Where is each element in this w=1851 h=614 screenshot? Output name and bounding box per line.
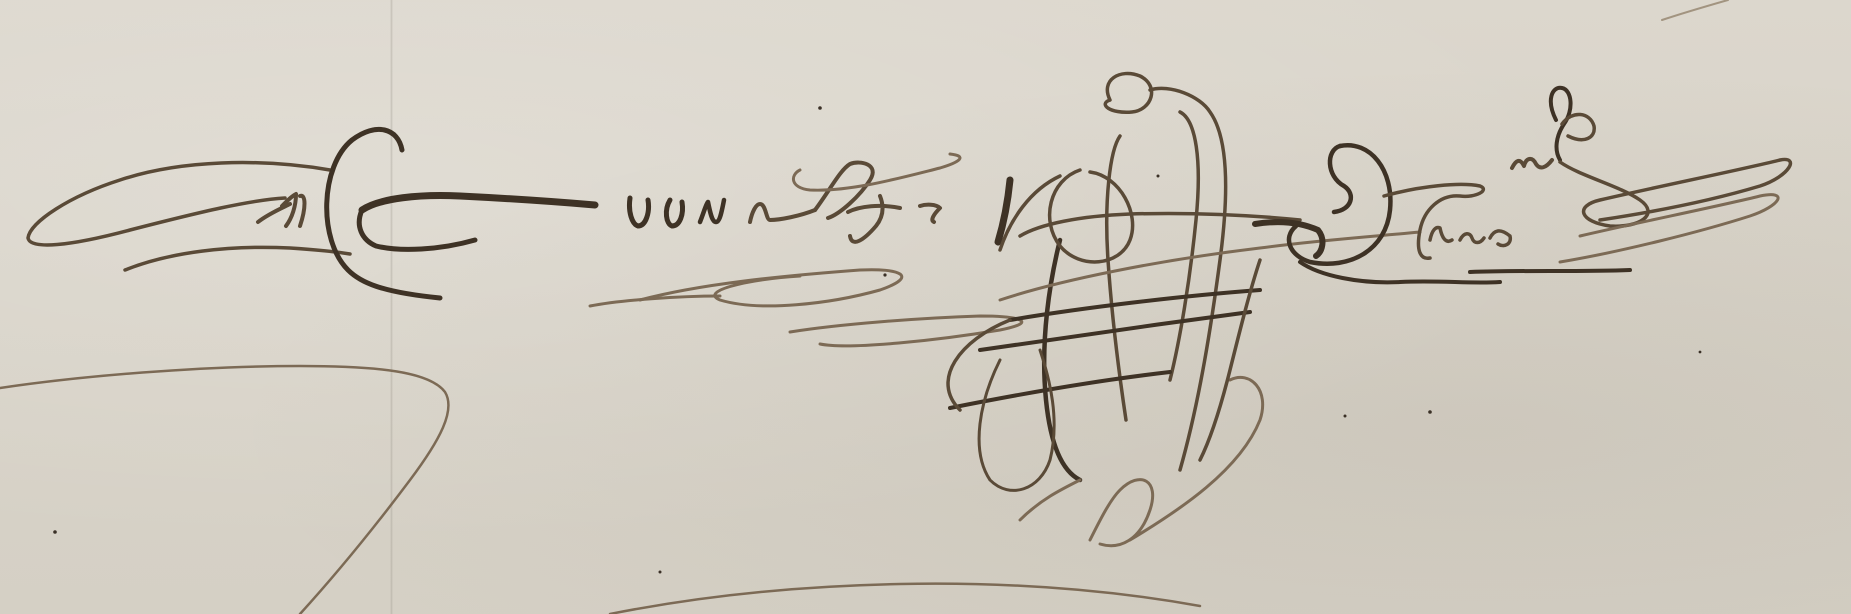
bottom-arc bbox=[610, 584, 1200, 614]
ink-signature-layer bbox=[0, 0, 1851, 614]
manuscript-page: M C voor heer 1 Lvrs ml bbox=[0, 0, 1851, 614]
superscript-abbreviation bbox=[1512, 88, 1790, 262]
right-word bbox=[1384, 184, 1630, 272]
faint-corner-mark bbox=[1662, 0, 1728, 20]
handwritten-word bbox=[629, 154, 960, 242]
underline-flourish-loops bbox=[590, 270, 1022, 346]
q-initial bbox=[1255, 145, 1500, 282]
lower-left-curve bbox=[0, 366, 448, 614]
paper-specks bbox=[53, 106, 1701, 573]
large-c-initial bbox=[327, 129, 595, 298]
left-flourish-initials bbox=[28, 163, 350, 270]
